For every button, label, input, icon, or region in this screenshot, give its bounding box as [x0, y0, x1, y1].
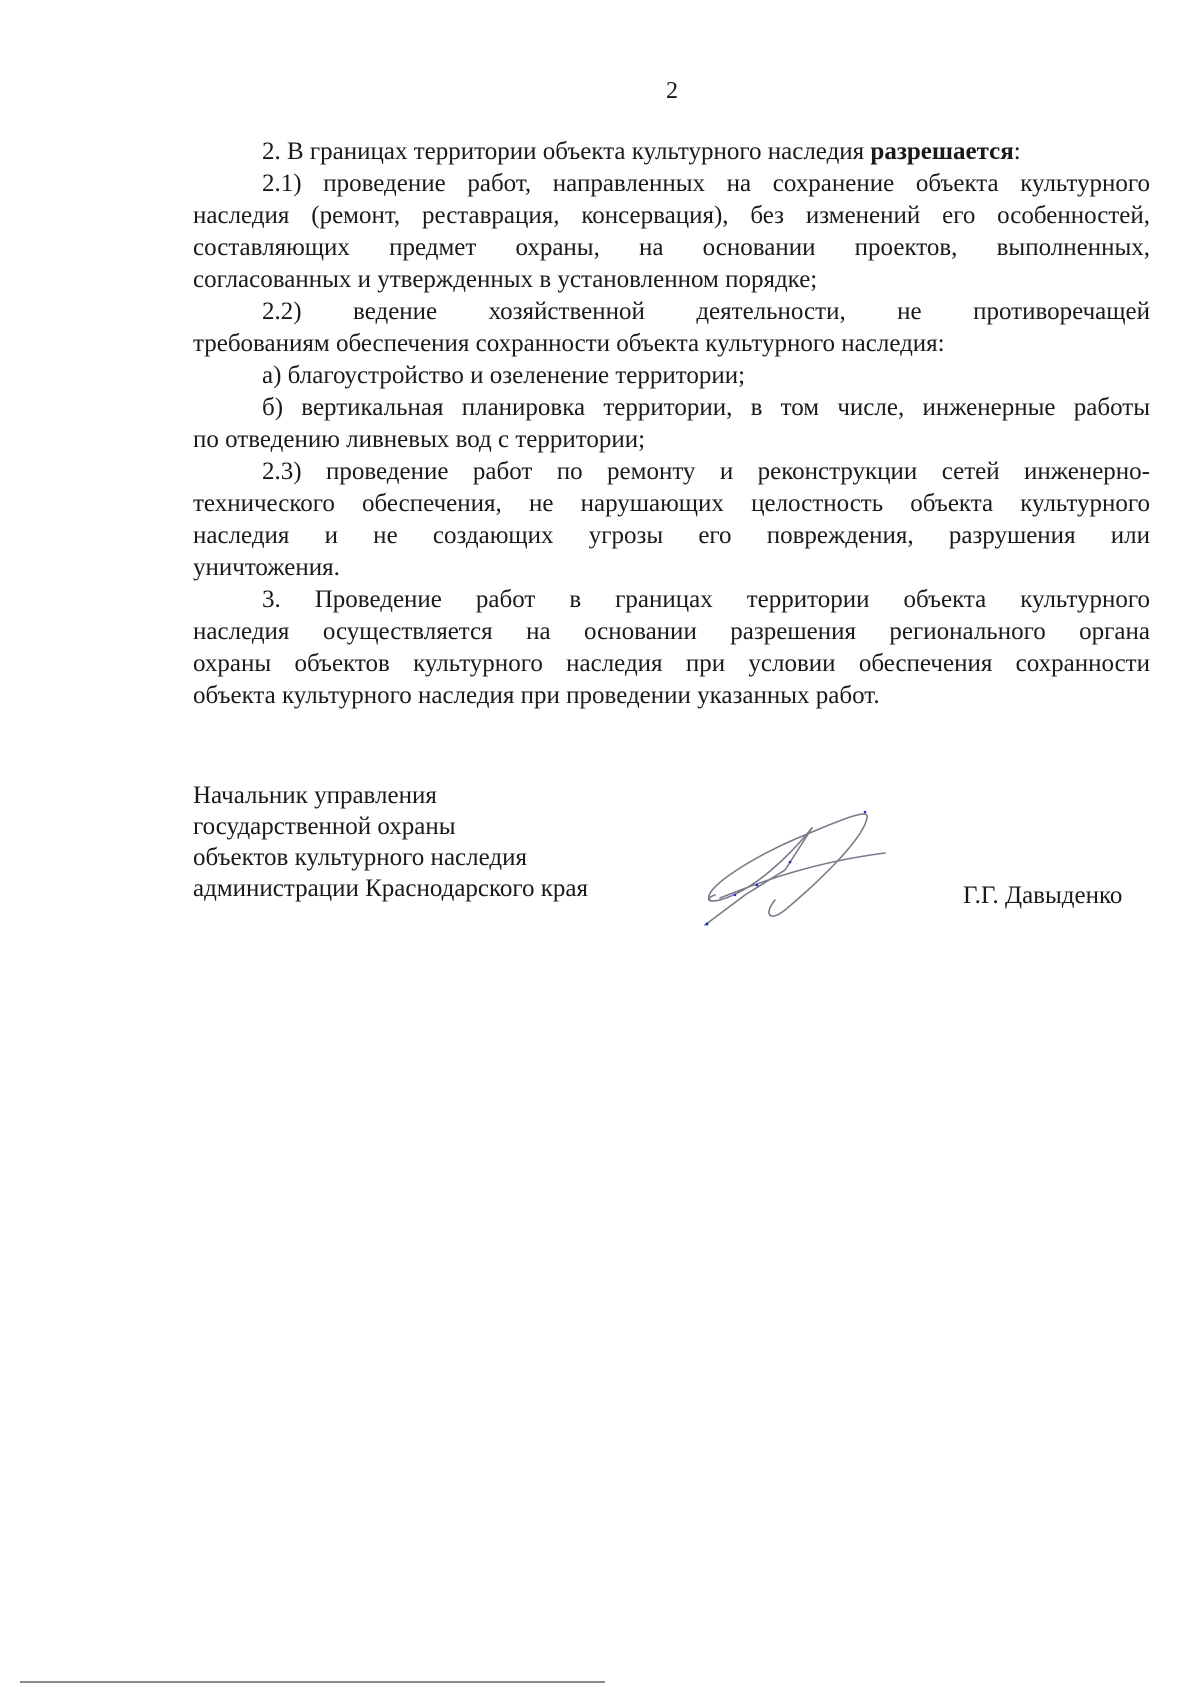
body-line: требованиям обеспечения сохранности объе… — [193, 328, 1150, 360]
body-line: технического обеспечения, не нарушающих … — [193, 488, 1150, 520]
body-line: по отведению ливневых вод с территории; — [193, 424, 1150, 456]
document-body: 2. В границах территории объекта культур… — [193, 136, 1150, 712]
signer-name: Г.Г. Давыденко — [963, 880, 1122, 911]
body-line: б) вертикальная планировка территории, в… — [193, 392, 1150, 424]
body-line: 2. В границах территории объекта культур… — [193, 136, 1150, 168]
signatory-position: Начальник управления государственной охр… — [193, 780, 588, 904]
body-line: наследия и не создающих угрозы его повре… — [193, 520, 1150, 552]
body-line: объекта культурного наследия при проведе… — [193, 680, 1150, 712]
body-line: 2.2) ведение хозяйственной деятельности,… — [193, 296, 1150, 328]
body-line: составляющих предмет охраны, на основани… — [193, 232, 1150, 264]
body-line: 3. Проведение работ в границах территори… — [193, 584, 1150, 616]
page-number: 2 — [0, 76, 1200, 106]
body-line: наследия (ремонт, реставрация, консервац… — [193, 200, 1150, 232]
position-line: Начальник управления — [193, 780, 588, 811]
body-line: уничтожения. — [193, 552, 1150, 584]
position-line: администрации Краснодарского края — [193, 873, 588, 904]
signature-icon — [695, 800, 895, 935]
bottom-rule — [20, 1681, 605, 1683]
position-line: объектов культурного наследия — [193, 842, 588, 873]
emphasis-text: разрешается — [870, 138, 1013, 165]
body-line: 2.1) проведение работ, направленных на с… — [193, 168, 1150, 200]
body-line: наследия осуществляется на основании раз… — [193, 616, 1150, 648]
body-line: 2.3) проведение работ по ремонту и рекон… — [193, 456, 1150, 488]
body-line: охраны объектов культурного наследия при… — [193, 648, 1150, 680]
body-line: а) благоустройство и озеленение территор… — [193, 360, 1150, 392]
body-line: согласованных и утвержденных в установле… — [193, 264, 1150, 296]
position-line: государственной охраны — [193, 811, 588, 842]
